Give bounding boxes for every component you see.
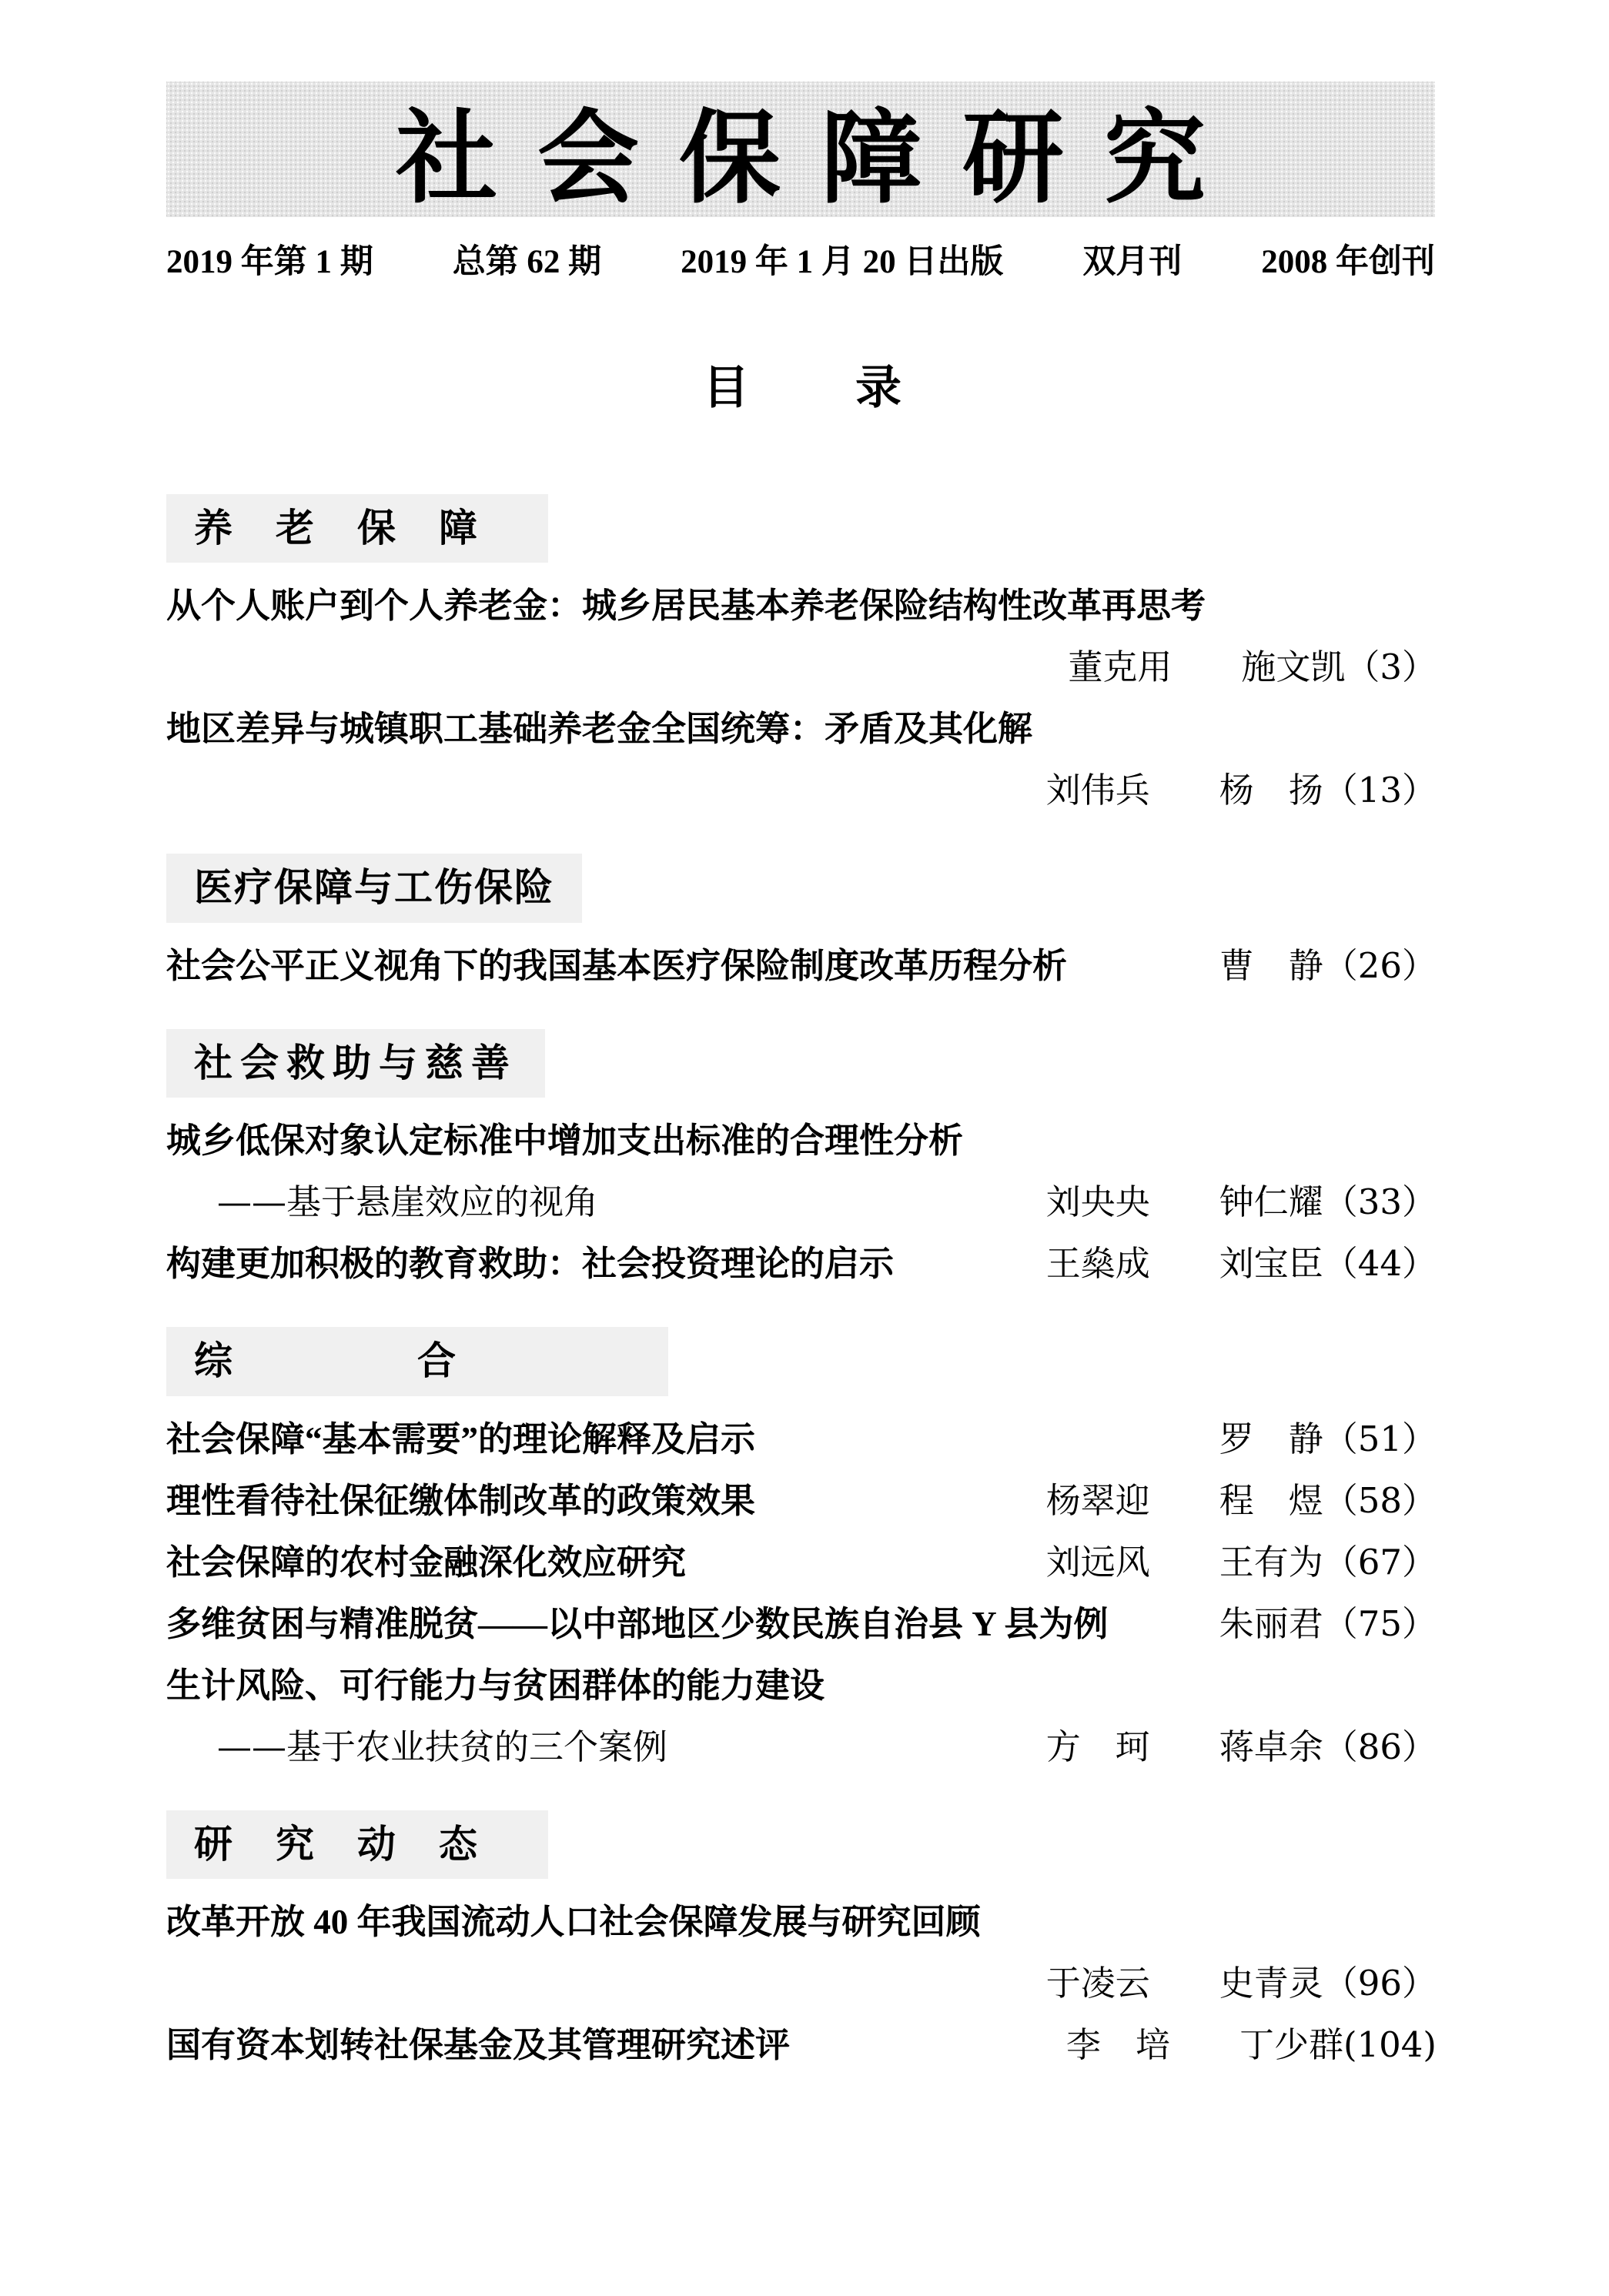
- article-byline: 方 珂 蒋卓余（86）: [1015, 1716, 1437, 1778]
- article-row: 社会保障的农村金融深化效应研究刘远风 王有为（67）: [166, 1532, 1437, 1593]
- article-byline: 刘央央 钟仁耀（33）: [1015, 1171, 1437, 1233]
- article-subtitle: ——基于悬崖效应的视角: [166, 1171, 598, 1233]
- issue-number: 2019 年第 1 期: [166, 242, 373, 283]
- section-header: 养老保障: [166, 494, 548, 563]
- founding-year: 2008 年创刊: [1261, 242, 1435, 283]
- article-title: 改革开放 40 年我国流动人口社会保障发展与研究回顾: [166, 1891, 981, 1953]
- issue-info-line: 2019 年第 1 期 总第 62 期 2019 年 1 月 20 日出版 双月…: [166, 242, 1435, 283]
- cumulative-issue-number: 总第 62 期: [453, 242, 602, 283]
- article-byline: 李 培 丁少群(104): [1035, 2014, 1437, 2076]
- article-byline: 王燊成 刘宝臣（44）: [1015, 1233, 1437, 1295]
- section-header: 综合: [166, 1327, 668, 1396]
- toc-sections: 养老保障从个人账户到个人养老金：城乡居民基本养老保险结构性改革再思考董克用 施文…: [166, 417, 1437, 2077]
- journal-title: 社会保障研究: [396, 76, 1246, 222]
- article-byline: 杨翠迎 程 煜（58）: [1015, 1470, 1437, 1532]
- article-subtitle: ——基于农业扶贫的三个案例: [166, 1716, 667, 1778]
- article-byline-row: 董克用 施文凯（3）: [166, 637, 1437, 698]
- article-title: 国有资本划转社保基金及其管理研究述评: [166, 2014, 790, 2076]
- article-row: 社会保障“基本需要”的理论解释及启示罗 静（51）: [166, 1409, 1437, 1470]
- article-title: 地区差异与城镇职工基础养老金全国统筹：矛盾及其化解: [166, 698, 1032, 760]
- toc-section: 养老保障从个人账户到个人养老金：城乡居民基本养老保险结构性改革再思考董克用 施文…: [166, 417, 1437, 822]
- publication-frequency: 双月刊: [1082, 242, 1182, 283]
- article-row: ——基于农业扶贫的三个案例方 珂 蒋卓余（86）: [166, 1716, 1437, 1778]
- journal-toc-page: 社会保障研究 2019 年第 1 期 总第 62 期 2019 年 1 月 20…: [0, 0, 1609, 2296]
- article-byline: 刘远风 王有为（67）: [1015, 1532, 1437, 1593]
- article-byline: 罗 静（51）: [1189, 1409, 1437, 1470]
- article-title: 多维贫困与精准脱贫——以中部地区少数民族自治县 Y 县为例: [166, 1593, 1108, 1655]
- section-header: 医疗保障与工伤保险: [166, 854, 582, 923]
- toc-section: 社会救助与慈善城乡低保对象认定标准中增加支出标准的合理性分析——基于悬崖效应的视…: [166, 997, 1437, 1295]
- toc-section: 研究动态改革开放 40 年我国流动人口社会保障发展与研究回顾于凌云 史青灵（96…: [166, 1778, 1437, 2077]
- toc-section: 综合社会保障“基本需要”的理论解释及启示罗 静（51）理性看待社保征缴体制改革的…: [166, 1295, 1437, 1778]
- article-row: 构建更加积极的教育救助：社会投资理论的启示王燊成 刘宝臣（44）: [166, 1233, 1437, 1295]
- article-title: 城乡低保对象认定标准中增加支出标准的合理性分析: [166, 1110, 963, 1171]
- section-header: 研究动态: [166, 1810, 548, 1880]
- article-title: 从个人账户到个人养老金：城乡居民基本养老保险结构性改革再思考: [166, 575, 1206, 637]
- article-title: 构建更加积极的教育救助：社会投资理论的启示: [166, 1233, 894, 1295]
- article-title: 社会保障的农村金融深化效应研究: [166, 1532, 686, 1593]
- article-row: 理性看待社保征缴体制改革的政策效果杨翠迎 程 煜（58）: [166, 1470, 1437, 1532]
- article-row: 生计风险、可行能力与贫困群体的能力建设: [166, 1655, 1437, 1716]
- article-byline: 于凌云 史青灵（96）: [1015, 1953, 1437, 2014]
- article-byline: 朱丽君（75）: [1189, 1593, 1437, 1655]
- article-row: 国有资本划转社保基金及其管理研究述评李 培 丁少群(104): [166, 2014, 1437, 2076]
- article-row: 城乡低保对象认定标准中增加支出标准的合理性分析: [166, 1110, 1437, 1171]
- article-byline-row: 刘伟兵 杨 扬（13）: [166, 760, 1437, 821]
- article-title: 理性看待社保征缴体制改革的政策效果: [166, 1470, 755, 1532]
- article-row: 改革开放 40 年我国流动人口社会保障发展与研究回顾: [166, 1891, 1437, 1953]
- article-row: 多维贫困与精准脱贫——以中部地区少数民族自治县 Y 县为例朱丽君（75）: [166, 1593, 1437, 1655]
- article-row: 从个人账户到个人养老金：城乡居民基本养老保险结构性改革再思考: [166, 575, 1437, 637]
- article-byline: 刘伟兵 杨 扬（13）: [1015, 760, 1437, 821]
- journal-masthead: 社会保障研究: [166, 82, 1435, 217]
- article-byline: 曹 静（26）: [1189, 935, 1437, 997]
- toc-section: 医疗保障与工伤保险社会公平正义视角下的我国基本医疗保险制度改革历程分析曹 静（2…: [166, 821, 1437, 997]
- article-row: ——基于悬崖效应的视角刘央央 钟仁耀（33）: [166, 1171, 1437, 1233]
- article-byline-row: 于凌云 史青灵（96）: [166, 1953, 1437, 2014]
- section-header: 社会救助与慈善: [166, 1029, 545, 1098]
- article-row: 社会公平正义视角下的我国基本医疗保险制度改革历程分析曹 静（26）: [166, 935, 1437, 997]
- publish-date: 2019 年 1 月 20 日出版: [681, 242, 1003, 283]
- article-title: 生计风险、可行能力与贫困群体的能力建设: [166, 1655, 825, 1716]
- article-title: 社会公平正义视角下的我国基本医疗保险制度改革历程分析: [166, 935, 1067, 997]
- article-row: 地区差异与城镇职工基础养老金全国统筹：矛盾及其化解: [166, 698, 1437, 760]
- article-byline: 董克用 施文凯（3）: [1037, 637, 1437, 698]
- toc-title: 目 录: [0, 351, 1609, 417]
- article-title: 社会保障“基本需要”的理论解释及启示: [166, 1409, 755, 1470]
